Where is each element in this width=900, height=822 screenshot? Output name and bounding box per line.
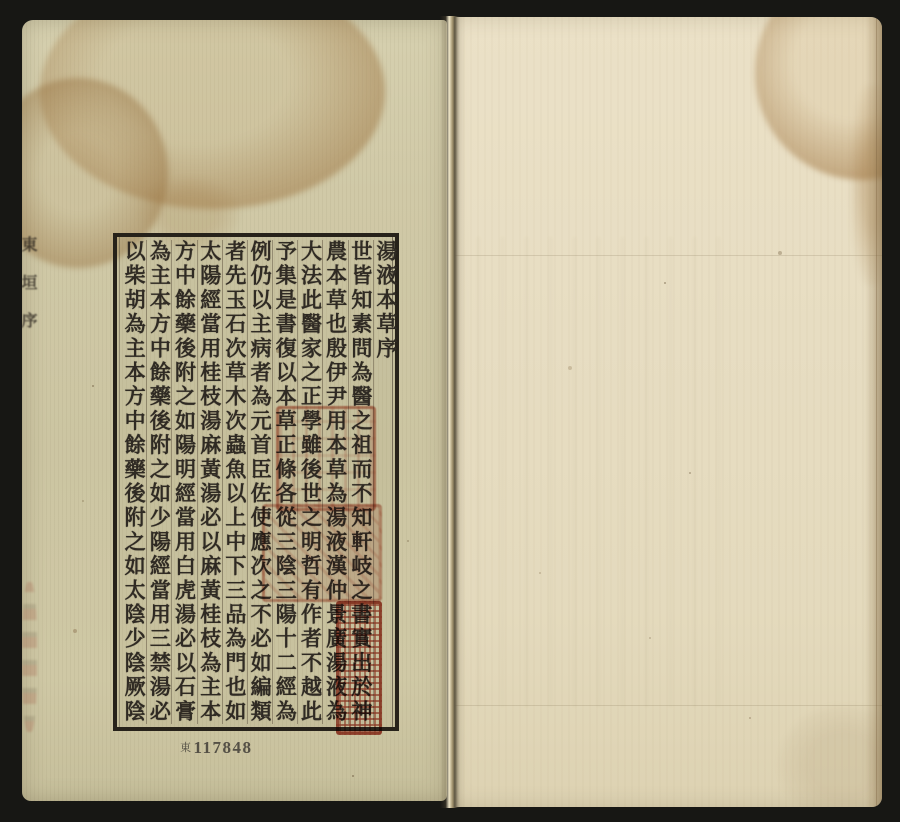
text-column: 為主本方中餘藥後附之如少陽經當用三禁湯必 <box>146 240 171 724</box>
spine-edge-text-fragment: 東垣序 <box>22 236 39 361</box>
foxing-speckles <box>449 17 451 19</box>
stain-top-left <box>40 20 385 209</box>
left-page: 東垣序 湯液本草序 世皆知素問為醫之祖而不知軒岐之書實出於神 農本草也殷伊尹用本… <box>22 20 447 801</box>
stain-top-right <box>755 17 882 180</box>
text-column: 者先玉石次草木次蟲魚以上中下三品為門也如 <box>222 240 247 724</box>
text-column: 太陽經當用桂枝湯麻黃湯必以麻黃桂枝為主本 <box>197 240 222 724</box>
text-column: 予集是書復以本草正條各從三陰三陽十二經為 <box>272 240 297 724</box>
text-column: 世皆知素問為醫之祖而不知軒岐之書實出於神 <box>348 240 373 724</box>
spine-edge-stamp-fragment <box>22 582 37 732</box>
gutter-shadow <box>449 17 465 807</box>
paper-crease <box>449 705 882 706</box>
accession-prefix-char: 東 <box>180 742 193 754</box>
accession-number: 東117848 <box>180 738 253 758</box>
text-showthrough <box>477 237 727 707</box>
paper-crease <box>449 255 882 256</box>
accession-digits: 117848 <box>194 738 253 757</box>
text-columns: 湯液本草序 世皆知素問為醫之祖而不知軒岐之書實出於神 農本草也殷伊尹用本草為湯液… <box>120 237 398 727</box>
foxing-speckles <box>22 20 24 22</box>
book-scan: 東垣序 湯液本草序 世皆知素問為醫之祖而不知軒岐之書實出於神 農本草也殷伊尹用本… <box>0 0 900 822</box>
text-column: 例仍以主病者為元首臣佐使應次之不必如編類 <box>247 240 272 724</box>
text-column: 農本草也殷伊尹用本草為湯液漢仲景廣湯液為 <box>322 240 347 724</box>
text-column: 方中餘藥後附之如陽明經當用白虎湯必以石膏 <box>171 240 196 724</box>
right-page <box>449 17 882 807</box>
page-title-column: 湯液本草序 <box>373 240 398 724</box>
text-block: 湯液本草序 世皆知素問為醫之祖而不知軒岐之書實出於神 農本草也殷伊尹用本草為湯液… <box>113 233 399 731</box>
spine-fragment-chars: 東垣序 <box>22 236 39 350</box>
text-column: 大法此醫家之正學雖後世之明哲有作者不越此 <box>297 240 322 724</box>
fore-edge-pages <box>865 17 882 807</box>
text-column: 以柴胡為主本方中餘藥後附之如太陰少陰厥陰 <box>121 240 146 724</box>
